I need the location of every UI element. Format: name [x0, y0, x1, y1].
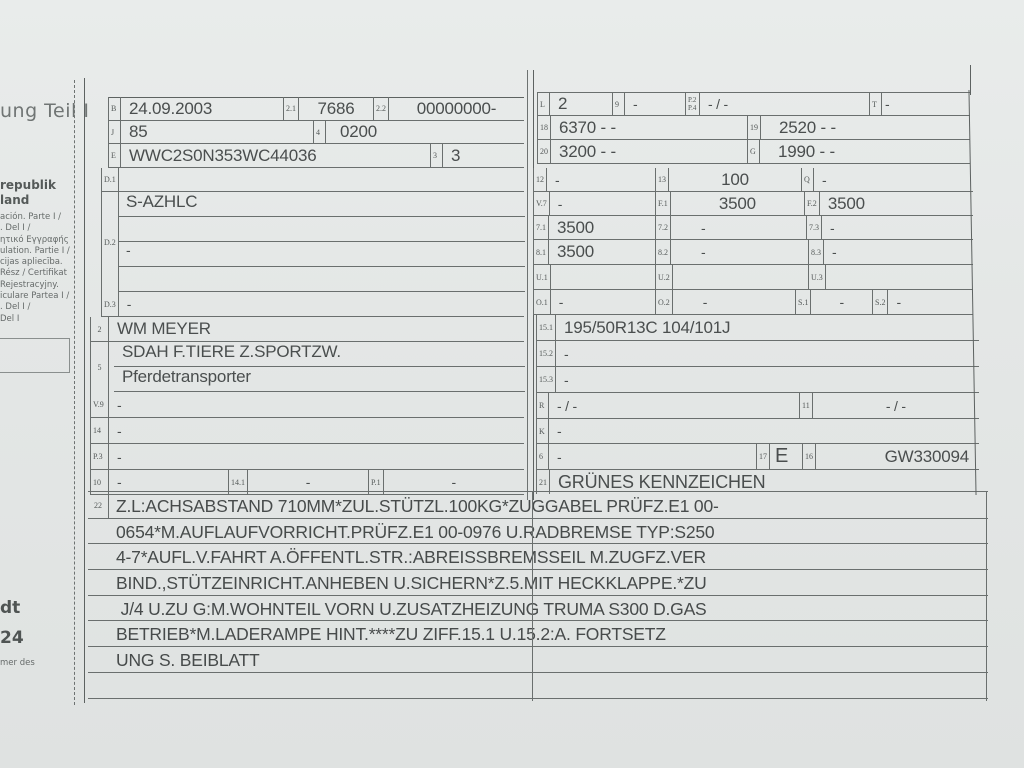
row-v9: V.9- — [90, 392, 524, 418]
row-14: 14- — [90, 418, 524, 444]
row-6: 6- 17E 16GW330094 — [536, 444, 979, 470]
country-name: republik land — [0, 178, 56, 208]
field-7-1: 7.13500 — [534, 216, 656, 239]
row-8-1: 8.13500 8.2- 8.3- — [533, 240, 973, 265]
field-u3: U.3 — [809, 265, 973, 289]
f5-line-1: SDAH F.TIERE Z.SPORTZW. — [114, 342, 525, 367]
row-d1: D.1 — [101, 168, 524, 192]
field-16: 16GW330094 — [803, 444, 979, 469]
field-d3: D.3- — [102, 292, 524, 316]
issuing-number: 24 — [0, 628, 24, 648]
field-15-3: 15.3- — [537, 367, 979, 392]
remarks-field-22: 22 Z.L:ACHSABSTAND 710MM*ZUL.STÜTZL.100K… — [88, 493, 988, 699]
field-2-2: 2.200000000- — [374, 97, 524, 120]
field-17: 17E — [757, 444, 803, 469]
field-u1: U.1 — [534, 265, 656, 289]
field-q: Q- — [802, 168, 973, 191]
field-r: R- / - — [537, 393, 800, 418]
row-p3: P.3- — [90, 444, 524, 470]
remarks-line: BIND.,STÜTZEINRICHT.ANHEBEN U.SICHERN*Z.… — [88, 570, 988, 596]
row-12: 12- 13100 Q- — [533, 168, 973, 192]
field-13: 13100 — [656, 168, 802, 191]
field-p3: P.3- — [91, 444, 524, 469]
stub-footnote: mer des — [0, 658, 35, 668]
field-k: K- — [537, 419, 979, 443]
row-15-2: 15.2- — [536, 341, 979, 367]
remarks-center-line — [532, 491, 533, 701]
field-u2: U.2 — [656, 265, 809, 289]
field-7-3: 7.3- — [807, 216, 973, 239]
field-19: 192520 - - — [748, 116, 970, 139]
field-5-type: 5 SDAH F.TIERE Z.SPORTZW. Pferdetranspor… — [90, 342, 525, 392]
field-s2: S.2- — [873, 290, 973, 314]
field-2-manufacturer: 2WM MEYER — [91, 317, 524, 341]
field-11: 11- / - — [800, 393, 979, 418]
row-15-1: 15.1195/50R13C 104/101J — [536, 315, 979, 341]
field-l: L2 — [538, 93, 613, 115]
field-15-1-tyres: 15.1195/50R13C 104/101J — [537, 315, 979, 340]
field-o2: O.2- — [656, 290, 796, 314]
right-frame-line — [970, 65, 971, 95]
field-v9: V.9- — [91, 392, 524, 417]
d2-line-4 — [118, 267, 525, 292]
row-b: B24.09.2003 2.17686 2.200000000- — [108, 97, 524, 121]
field-d1: D.1 — [102, 168, 524, 191]
f5-line-2: Pferdetransporter — [114, 367, 525, 392]
field-4: 40200 — [314, 121, 524, 143]
remarks-top-line — [88, 491, 988, 492]
field-3: 33 — [431, 144, 524, 167]
row-k: K- — [536, 419, 979, 444]
row-15-3: 15.3- — [536, 367, 979, 393]
issuing-city: dt — [0, 598, 20, 618]
remarks-line: 0654*M.AUFLAUFVORRICHT.PRÜFZ.E1 00-0976 … — [88, 519, 988, 545]
field-8-2: 8.2- — [656, 240, 809, 264]
remarks-line: UNG S. BEIBLATT — [88, 647, 988, 673]
field-7-2: 7.2- — [656, 216, 807, 239]
row-u1: U.1 U.2 U.3 — [533, 265, 973, 290]
field-6: 6- — [537, 444, 757, 469]
remarks-line: J/4 U.ZU G:M.WOHNTEIL VORN U.ZUSATZHEIZU… — [88, 596, 988, 622]
field-v7: V.7- — [534, 192, 656, 215]
d2-line-2 — [118, 217, 525, 242]
row-j: J85 40200 — [108, 121, 524, 144]
row-o1: O.1- O.2- S.1- S.2- — [533, 290, 973, 315]
row-7-1: 7.13500 7.2- 7.3- — [533, 216, 973, 240]
field-18: 186370 - - — [538, 116, 748, 139]
field-12: 12- — [534, 168, 656, 191]
field-t: T- — [870, 93, 970, 115]
row-r: R- / - 11- / - — [536, 393, 979, 419]
remarks-line — [88, 673, 988, 699]
field-8-1: 8.13500 — [534, 240, 656, 264]
row-20: 203200 - - G1990 - - — [537, 140, 970, 164]
stub-empty-box — [0, 338, 70, 373]
row-e: EWWC2S0N353WC44036 33 — [108, 144, 524, 168]
row-d3: D.3- — [101, 292, 524, 317]
field-d2: D.2 S-AZHLC - — [101, 192, 525, 292]
row-v7: V.7- F.13500 F.23500 — [533, 192, 973, 216]
remarks-right-border — [986, 491, 987, 701]
field-o1: O.1- — [534, 290, 656, 314]
remarks-line: BETRIEB*M.LADERAMPE HINT.****ZU ZIFF.15.… — [88, 621, 988, 647]
remarks-line: Z.L:ACHSABSTAND 710MM*ZUL.STÜTZL.100KG*Z… — [88, 493, 988, 519]
registration-document: ung Teil I republik land ación. Parte I … — [0, 0, 1024, 768]
center-perforation — [527, 70, 528, 500]
field-p2-p4: P.2 P.4- / - — [686, 93, 870, 115]
field-f1: F.13500 — [656, 192, 805, 215]
language-list: ación. Parte I / . Del I / ητικό Εγγραφή… — [0, 212, 70, 325]
frame-line — [84, 78, 85, 703]
field-2-1: 2.17686 — [284, 97, 374, 120]
field-b: B24.09.2003 — [109, 97, 284, 120]
row-l: L2 9- P.2 P.4- / - T- — [537, 92, 970, 116]
field-20: 203200 - - — [538, 140, 748, 163]
field-e-vin: EWWC2S0N353WC44036 — [109, 144, 431, 167]
d2-line-1: S-AZHLC — [118, 192, 525, 217]
field-f2: F.23500 — [805, 192, 973, 215]
field-14: 14- — [91, 418, 524, 443]
field-j: J85 — [109, 121, 314, 143]
document-title: ung Teil I — [0, 100, 89, 122]
field-9: 9- — [613, 93, 686, 115]
field-g: G1990 - - — [748, 140, 970, 163]
row-18: 186370 - - 192520 - - — [537, 116, 970, 140]
remarks-line: 4-7*AUFL.V.FAHRT A.ÖFFENTL.STR.:ABREISSB… — [88, 544, 988, 570]
d2-line-3: - — [118, 242, 525, 267]
row-2: 2WM MEYER — [90, 317, 524, 342]
field-8-3: 8.3- — [809, 240, 973, 264]
perforation-line — [74, 80, 75, 705]
field-s1: S.1- — [796, 290, 873, 314]
field-15-2: 15.2- — [537, 341, 979, 366]
